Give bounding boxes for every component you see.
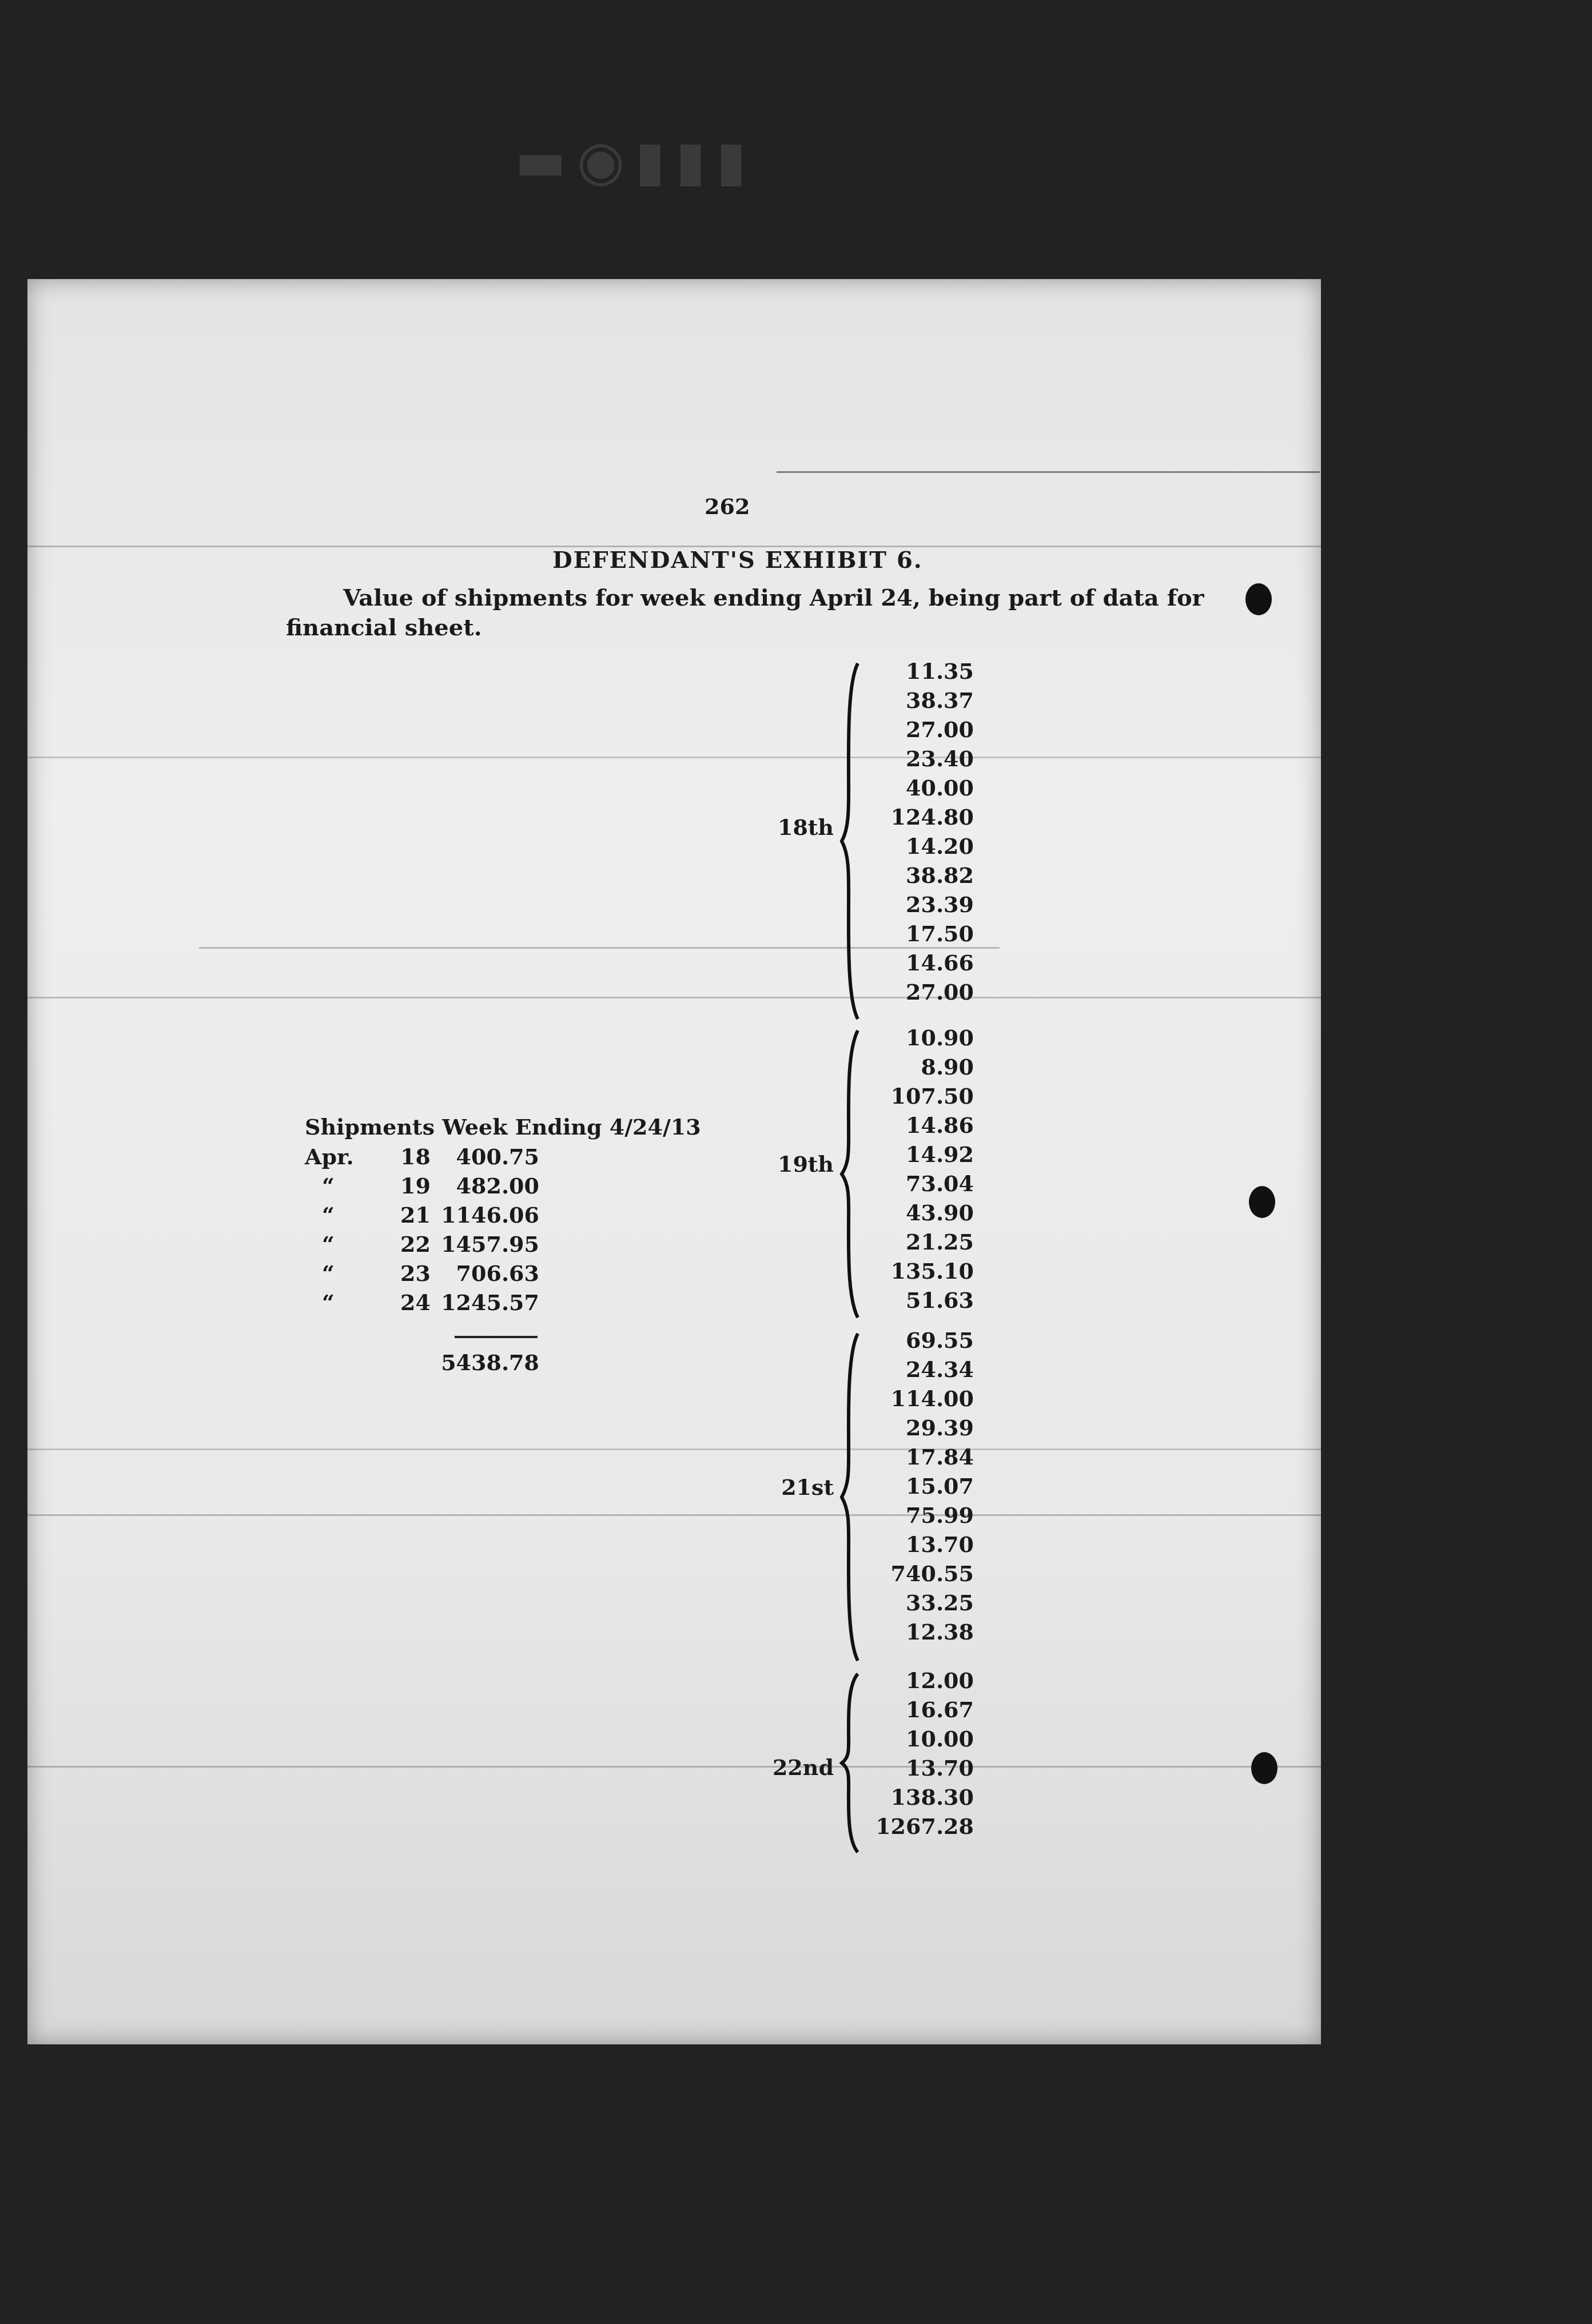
group-values: 10.90 8.90 107.50 14.86 14.92 73.04 43.9… [865,1023,974,1315]
scan-line [777,471,1320,473]
total-rule [455,1336,538,1338]
value-entry: 135.10 [865,1256,974,1286]
scan-line [27,1514,1321,1516]
value-entry: 24.34 [865,1355,974,1384]
value-entry: 12.38 [865,1617,974,1646]
value-entry: 10.00 [865,1724,974,1753]
summary-amount: 706.63 [431,1260,539,1286]
value-entry: 38.82 [865,861,974,890]
value-entry: 17.84 [865,1442,974,1471]
value-entry: 27.00 [865,977,974,1006]
value-entry: 75.99 [865,1501,974,1530]
value-entry: 124.80 [865,802,974,831]
group-values: 12.00 16.67 10.00 13.70 138.30 1267.28 [865,1666,974,1841]
scan-line [27,1766,1321,1768]
film-bleedthrough-text: ▬◉▮▮▮ [515,129,757,193]
description-line-1: Value of shipments for week ending April… [343,583,1204,613]
value-entry: 29.39 [865,1413,974,1442]
value-entry: 16.67 [865,1695,974,1724]
value-entry: 15.07 [865,1471,974,1501]
value-entry: 13.70 [865,1753,974,1782]
value-entry: 17.50 [865,919,974,948]
description-line-2: financial sheet. [286,613,482,643]
summary-amount: 1146.06 [431,1202,539,1228]
summary-amount: 1457.95 [431,1231,539,1257]
value-entry: 43.90 [865,1198,974,1227]
summary-month: Apr. [305,1144,385,1169]
value-entry: 38.37 [865,686,974,715]
punch-hole [1245,583,1272,615]
value-entry: 138.30 [865,1782,974,1812]
value-entry: 23.40 [865,744,974,773]
summary-day: 21 [385,1202,431,1228]
summary-amount: 400.75 [431,1144,539,1169]
punch-hole [1249,1186,1275,1218]
page-number: 262 [705,494,750,519]
summary-day: 19 [385,1173,431,1199]
value-entry: 12.00 [865,1666,974,1695]
value-entry: 33.25 [865,1588,974,1617]
value-entry: 14.20 [865,831,974,861]
scan-line [27,997,1321,998]
summary-day: 23 [385,1260,431,1286]
group-values: 69.55 24.34 114.00 29.39 17.84 15.07 75.… [865,1326,974,1646]
value-entry: 8.90 [865,1052,974,1081]
curly-brace-icon [839,1672,862,1855]
value-entry: 40.00 [865,773,974,802]
summary-amount: 482.00 [431,1173,539,1199]
value-entry: 1267.28 [865,1812,974,1841]
value-entry: 21.25 [865,1227,974,1256]
scan-line [27,757,1321,758]
summary-heading: Shipments Week Ending 4/24/13 [305,1114,701,1140]
punch-hole [1251,1752,1277,1784]
summary-day: 18 [385,1144,431,1169]
exhibit-title: DEFENDANT'S EXHIBIT 6. [552,547,923,574]
curly-brace-icon [839,1331,862,1663]
value-entry: 14.86 [865,1111,974,1140]
summary-day: 24 [385,1290,431,1315]
value-entry: 107.50 [865,1081,974,1111]
summary-total: 5438.78 [431,1350,539,1375]
curly-brace-icon [839,1028,862,1320]
group-label: 21st [754,1474,834,1500]
group-values: 11.35 38.37 27.00 23.40 40.00 124.80 14.… [865,656,974,1006]
value-entry: 51.63 [865,1286,974,1315]
value-entry: 27.00 [865,715,974,744]
value-entry: 11.35 [865,656,974,686]
value-entry: 10.90 [865,1023,974,1052]
value-entry: 14.92 [865,1140,974,1169]
value-entry: 73.04 [865,1169,974,1198]
group-label: 22nd [754,1754,834,1780]
value-entry: 740.55 [865,1559,974,1588]
value-entry: 23.39 [865,890,974,919]
document-page: 262 DEFENDANT'S EXHIBIT 6. Value of ship… [27,279,1321,2044]
scan-line [27,1448,1321,1450]
value-entry: 114.00 [865,1384,974,1413]
curly-brace-icon [839,661,862,1021]
value-entry: 13.70 [865,1530,974,1559]
group-label: 19th [754,1151,834,1177]
group-label: 18th [754,814,834,840]
summary-day: 22 [385,1231,431,1257]
value-entry: 69.55 [865,1326,974,1355]
value-entry: 14.66 [865,948,974,977]
summary-amount: 1245.57 [431,1290,539,1315]
